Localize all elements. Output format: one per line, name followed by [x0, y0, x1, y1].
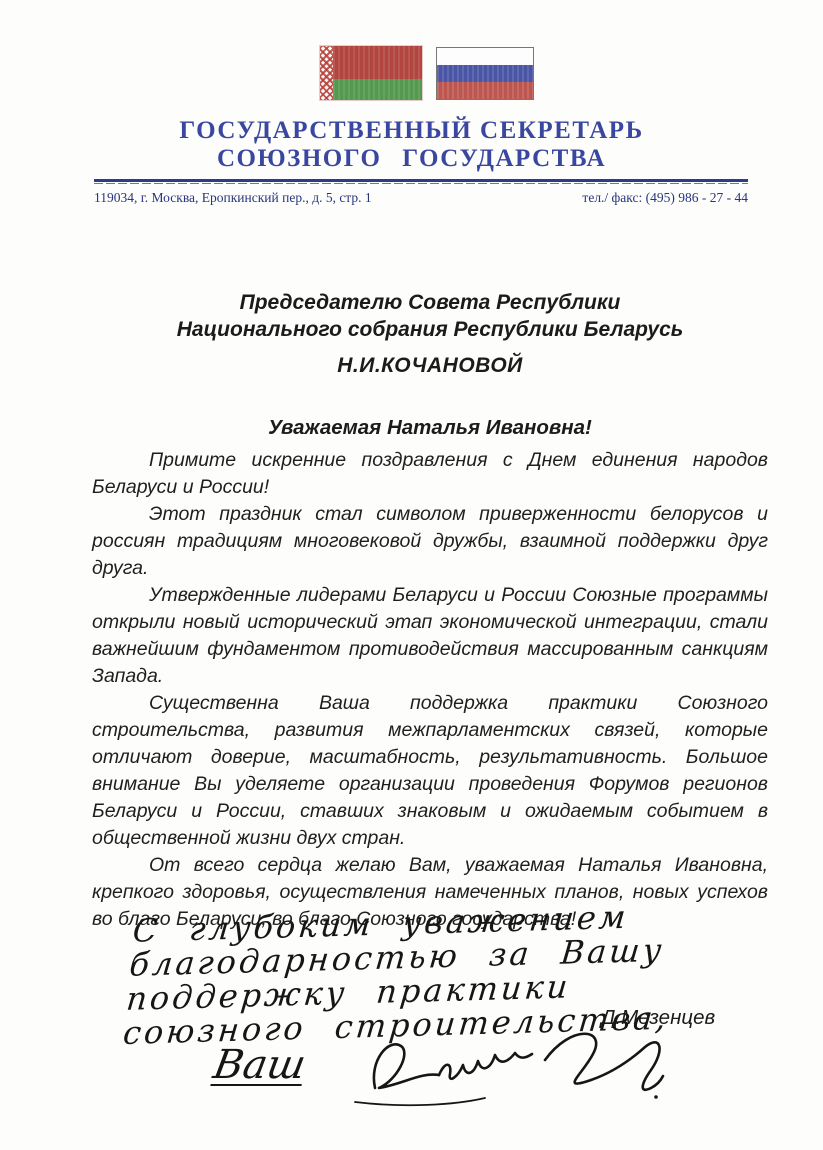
- belarus-flag-red-stripe: [333, 46, 422, 79]
- letterhead-phone: тел./ факс: (495) 986 - 27 - 44: [582, 190, 748, 206]
- body-paragraph: Примите искренние поздравления с Днем ед…: [92, 447, 768, 501]
- belarus-flag-ornament: [320, 46, 333, 100]
- russia-flag-white-stripe: [437, 48, 533, 65]
- belarus-flag-green-stripe: [333, 79, 422, 100]
- salutation: Уважаемая Наталья Ивановна!: [92, 416, 768, 440]
- russia-flag-blue-stripe: [437, 65, 533, 82]
- signature-icon: [345, 1028, 675, 1113]
- letterhead-address: 119034, г. Москва, Еропкинский пер., д. …: [94, 190, 372, 206]
- letter-body: Примите искренние поздравления с Днем ед…: [92, 447, 768, 933]
- russia-flag-icon: [436, 47, 534, 100]
- letterhead-title: ГОСУДАРСТВЕННЫЙ СЕКРЕТАРЬ СОЮЗНОГО ГОСУД…: [0, 117, 823, 172]
- handwritten-vash: Ваш: [210, 1042, 309, 1088]
- letterhead-title-line1: ГОСУДАРСТВЕННЫЙ СЕКРЕТАРЬ: [0, 117, 823, 144]
- russia-flag-red-stripe: [437, 82, 533, 99]
- body-paragraph: Утвержденные лидерами Беларуси и России …: [92, 582, 768, 690]
- belarus-flag-icon: [320, 46, 422, 100]
- letter-page: ГОСУДАРСТВЕННЫЙ СЕКРЕТАРЬ СОЮЗНОГО ГОСУД…: [0, 0, 823, 1150]
- body-paragraph: Существенна Ваша поддержка практики Союз…: [92, 690, 768, 852]
- letterhead-flags: [0, 46, 823, 100]
- recipient-name: Н.И.КОЧАНОВОЙ: [92, 352, 768, 379]
- letterhead-divider: [94, 179, 748, 182]
- signer-name: Д.Мезенцев: [601, 1006, 715, 1030]
- recipient-line1: Председателю Совета Республики: [92, 289, 768, 316]
- letterhead-contact-row: 119034, г. Москва, Еропкинский пер., д. …: [94, 190, 748, 206]
- letterhead-title-line2: СОЮЗНОГО ГОСУДАРСТВА: [0, 145, 823, 172]
- recipient-line2: Национального собрания Республики Белару…: [92, 316, 768, 343]
- body-paragraph: Этот праздник стал символом приверженнос…: [92, 501, 768, 582]
- recipient-block: Председателю Совета Республики Националь…: [92, 289, 768, 379]
